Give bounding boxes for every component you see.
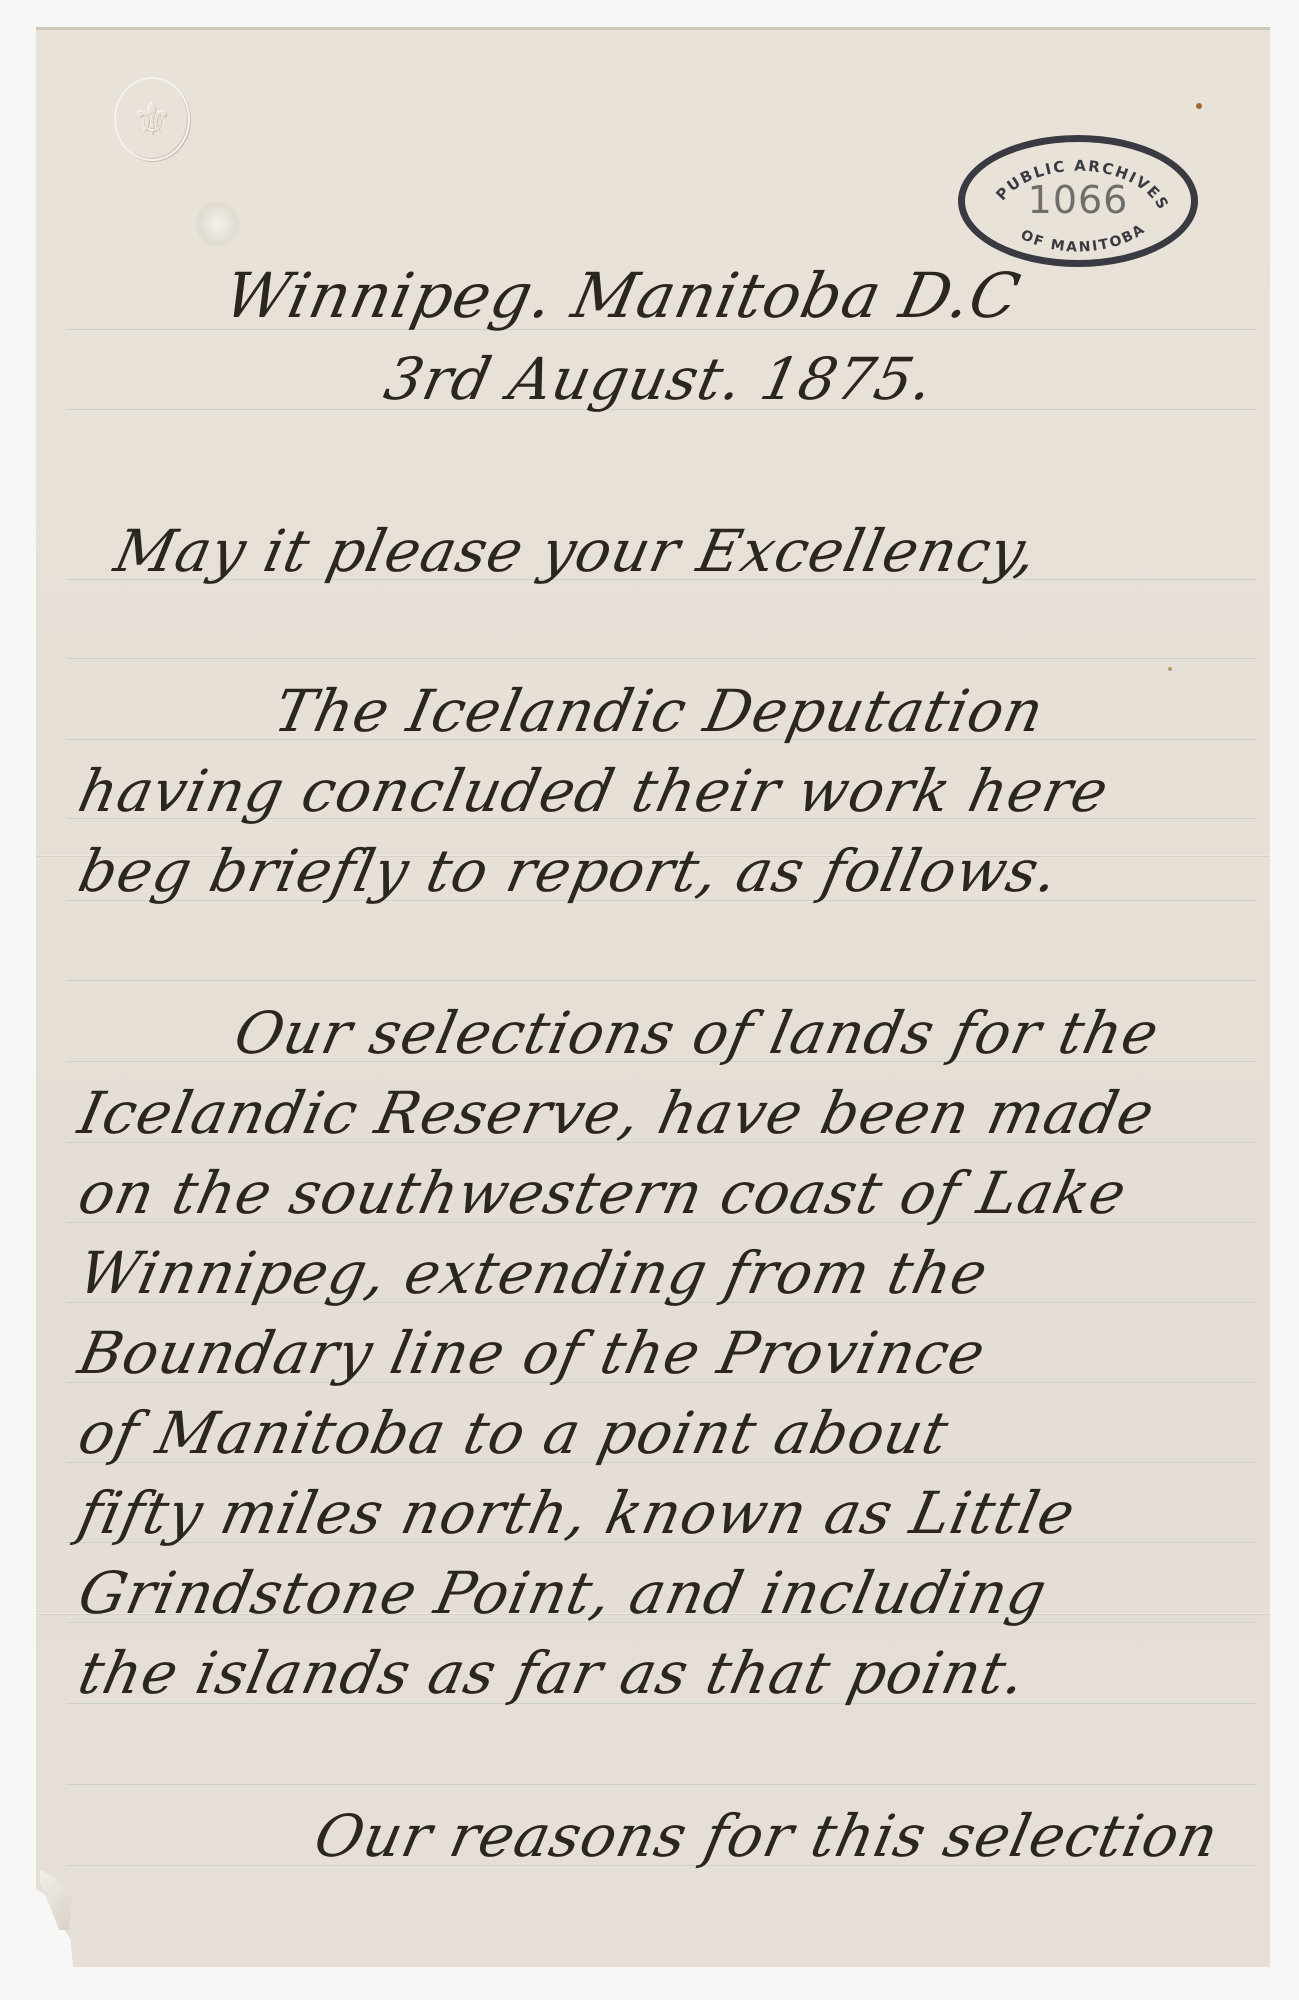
letter-line: having concluded their work here — [73, 757, 1115, 825]
letter-line: on the southwestern coast of Lake — [73, 1159, 1133, 1227]
letter-line: Icelandic Reserve, have been made — [73, 1079, 1161, 1147]
letter-page: ⚜ PUBLIC ARCHIVES OF MANITOBA 1066 Winni… — [36, 27, 1270, 1967]
svg-text:OF MANITOBA: OF MANITOBA — [1018, 221, 1149, 256]
ruled-line — [66, 980, 1256, 981]
foxing-spot — [1168, 667, 1172, 671]
letter-place-line: Winnipeg. Manitoba D.C — [218, 259, 1027, 332]
foxing-spot — [1196, 103, 1202, 109]
letter-line: The Icelandic Deputation — [269, 677, 1050, 745]
archive-number: 1066 — [965, 178, 1191, 222]
letter-line: beg briefly to report, as follows. — [73, 837, 1065, 905]
letter-line: Our selections of lands for the — [229, 999, 1165, 1067]
paper-damage-mark — [196, 202, 240, 246]
embossed-fleur-de-lis-seal: ⚜ — [114, 77, 190, 161]
archive-stamp: PUBLIC ARCHIVES OF MANITOBA 1066 — [958, 135, 1198, 267]
letter-line: Boundary line of the Province — [73, 1319, 992, 1387]
letter-line: the islands as far as that point. — [73, 1639, 1032, 1707]
letter-line: Grindstone Point, and including — [73, 1559, 1053, 1627]
fleur-de-lis-icon: ⚜ — [132, 94, 171, 145]
letter-line: Winnipeg, extending from the — [73, 1239, 994, 1307]
letter-date-line: 3rd August. 1875. — [379, 345, 940, 413]
ruled-line — [66, 658, 1256, 659]
paper-edge — [36, 27, 1270, 30]
letter-line: fifty miles north, known as Little — [73, 1479, 1082, 1547]
letter-line: of Manitoba to a point about — [73, 1399, 955, 1467]
ruled-line — [66, 1784, 1256, 1785]
letter-salutation: May it please your Excellency, — [109, 517, 1044, 585]
letter-line: Our reasons for this selection — [309, 1802, 1225, 1870]
